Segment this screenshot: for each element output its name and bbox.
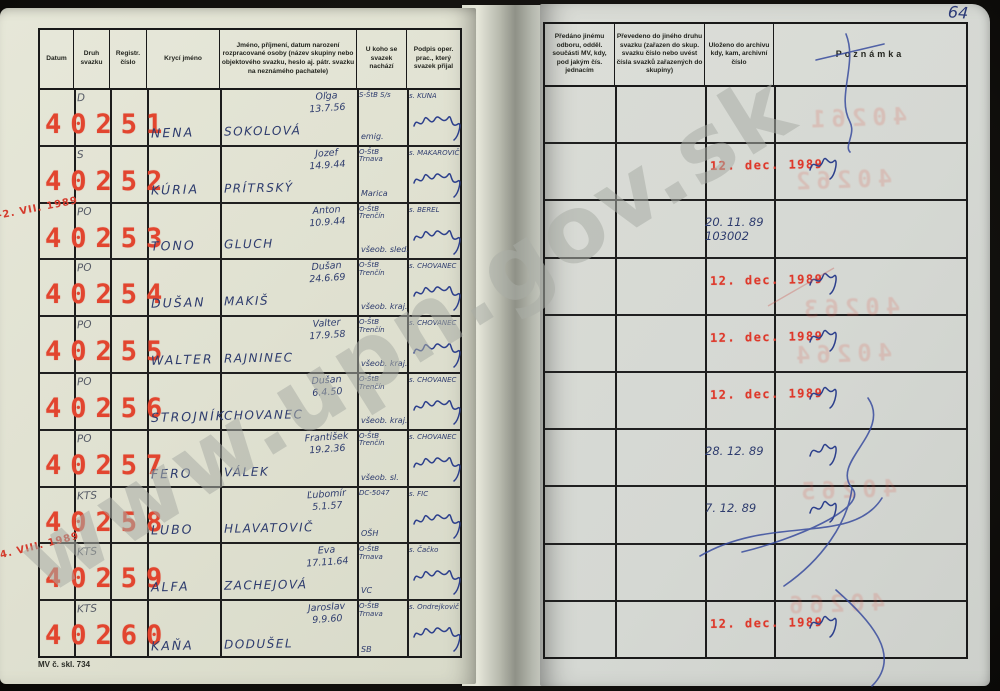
registry-book-photo: { "photo": { "page_number": "64", "water… <box>0 0 1000 691</box>
officer-name: s. CHOVANEC <box>409 262 456 270</box>
header-druh-svazku: Druh svazku <box>74 30 110 88</box>
officer-signature <box>412 560 462 598</box>
surname: ZACHEJOVÁ <box>224 577 308 592</box>
cover-name: KÚRIA <box>151 181 199 197</box>
holding-unit: O-ŠtB Trenčín <box>359 376 405 391</box>
holding-unit: O-ŠtB Trnava <box>359 603 405 618</box>
officer-name: s. CHOVANEC <box>409 433 456 441</box>
header-prevedeno: Převedeno do jiného druhu svazku (zařaze… <box>615 24 705 85</box>
form-code-label: MV č. skl. 734 <box>38 660 90 669</box>
cover-name: NENA <box>151 124 195 140</box>
cover-name: DUŠAN <box>151 294 206 310</box>
officer-name: s. CHOVANEC <box>409 376 456 384</box>
officer-name: s. MAKAROVIČ <box>409 149 459 157</box>
holding-unit: S-ŠtB S/s <box>359 92 405 100</box>
first-name-and-birthdate: František19.2.36 <box>291 429 362 458</box>
holding-unit: O-ŠtB Trnava <box>359 546 405 561</box>
clerk-initials <box>807 381 839 411</box>
table-row: S40252KÚRIAPRÍTRSKÝJozef14.9.44O-ŠtB Trn… <box>40 147 460 204</box>
surname: MAKIŠ <box>224 294 269 309</box>
officer-signature <box>412 106 462 144</box>
first-name-and-birthdate: Dušan24.6.69 <box>291 259 362 288</box>
holding-unit-detail: VC <box>361 586 372 595</box>
holding-unit: O-ŠtB Trenčín <box>359 262 405 277</box>
header-podpis: Podpis oper. prac., který svazek přijal <box>407 30 460 88</box>
clerk-initials <box>807 438 839 468</box>
ink-bleed-number: 40263 <box>798 292 901 324</box>
ink-bleed-number: 40261 <box>805 102 908 134</box>
first-name-and-birthdate: Jaroslav9.9.60 <box>291 600 362 629</box>
table-row: PO40257FEROVÁLEKFrantišek19.2.36O-ŠtB Tr… <box>40 431 460 488</box>
table-row: PO40256STROJNÍKCHOVANECDušan6.4.50O-ŠtB … <box>40 374 460 431</box>
officer-signature <box>412 504 462 542</box>
header-ulozeno: Uloženo do archivu kdy, kam, archivní čí… <box>705 24 774 85</box>
ink-bleed-number: 40262 <box>790 164 893 196</box>
header-kryci-jmeno: Krycí jméno <box>147 30 220 88</box>
table-row: PO40255WALTERRAJNINECValter17.9.58O-ŠtB … <box>40 317 460 374</box>
holding-unit: O-ŠtB Trenčín <box>359 319 405 334</box>
officer-signature <box>412 220 462 258</box>
header-datum: Datum <box>40 30 74 88</box>
header-registr-cislo: Registr. číslo <box>110 30 147 88</box>
table-row: PO40253TONOGLUCHAnton10.9.44O-ŠtB Trenčí… <box>40 204 460 261</box>
surname: PRÍTRSKÝ <box>224 180 294 195</box>
left-table-header: Datum Druh svazku Registr. číslo Krycí j… <box>40 30 460 90</box>
cover-name: ALFA <box>151 579 190 595</box>
cover-name: LUBO <box>151 522 194 538</box>
officer-name: s. BEREL <box>409 206 440 214</box>
file-type-note: PO <box>77 262 92 275</box>
file-type-note: PO <box>77 205 92 218</box>
officer-signature <box>412 447 462 485</box>
officer-name: s. Ondrejkovič <box>409 603 459 611</box>
ink-bleed-number: 40265 <box>795 474 898 506</box>
cover-name: FERO <box>151 465 193 481</box>
holding-unit-detail: SB <box>361 645 372 654</box>
table-row: 7. 12. 89 <box>545 487 966 544</box>
file-type-note: KTS <box>77 546 98 559</box>
cover-name: WALTER <box>151 351 214 368</box>
surname: HLAVATOVIČ <box>224 521 314 537</box>
officer-name: s. FIC <box>409 490 428 498</box>
table-row: 12. dec. 1989 <box>545 373 966 430</box>
officer-signature <box>412 333 462 371</box>
table-row: 12. dec. 1989 <box>545 316 966 373</box>
file-type-note: PO <box>77 376 92 389</box>
table-row: 12. dec. 1989 <box>545 144 966 201</box>
table-row: 20. 11. 89103002 <box>545 201 966 258</box>
holding-unit-detail: Marica <box>361 189 388 198</box>
table-row: KTS40258LUBOHLAVATOVIČĽubomír5.1.57DC-50… <box>40 488 460 545</box>
holding-unit: O-ŠtB Trenčín <box>359 433 405 448</box>
officer-name: s. Čačko <box>409 546 438 554</box>
officer-signature <box>412 617 462 655</box>
first-name-and-birthdate: Eva17.11.64 <box>291 543 362 572</box>
right-table-body: 12. dec. 198920. 11. 8910300212. dec. 19… <box>545 87 966 659</box>
archive-date-handwritten: 28. 12. 89 <box>705 444 764 458</box>
header-poznamka: Poznámka <box>774 24 966 85</box>
holding-unit-detail: všeob. kraj. <box>361 416 407 425</box>
officer-signature <box>412 276 462 314</box>
left-ledger-table: Datum Druh svazku Registr. číslo Krycí j… <box>38 28 462 658</box>
surname: DODUŠEL <box>224 636 293 651</box>
archive-date-handwritten: 20. 11. 89 <box>705 215 764 229</box>
officer-signature <box>412 390 462 428</box>
holding-unit-detail: všeob. kraj. <box>361 302 407 311</box>
table-row: 28. 12. 89 <box>545 430 966 487</box>
ink-bleed-number: 40266 <box>783 588 886 620</box>
table-row: PO40254DUŠANMAKIŠDušan24.6.69O-ŠtB Trenč… <box>40 260 460 317</box>
file-type-note: PO <box>77 432 92 445</box>
table-row <box>545 545 966 602</box>
officer-name: s. KUNA <box>409 92 437 100</box>
holding-unit: O-ŠtB Trenčín <box>359 206 405 221</box>
cover-name: KAŇA <box>151 637 194 653</box>
header-u-koho: U koho se svazek nachází <box>357 30 407 88</box>
cover-name: STROJNÍK <box>151 408 226 425</box>
holding-unit-detail: emig. <box>361 132 384 141</box>
table-row: D40251NENASOKOLOVÁOľga13.7.56S-ŠtB S/sem… <box>40 90 460 147</box>
officer-name: s. CHOVANEC <box>409 319 456 327</box>
cover-name: TONO <box>151 238 196 254</box>
file-type-note: S <box>77 149 84 161</box>
holding-unit-detail: všeob. kraj. <box>361 359 407 368</box>
file-type-note: KTS <box>77 603 98 616</box>
holding-unit: DC-5047 <box>359 490 405 498</box>
holding-unit-detail: všeob. sl. <box>361 473 399 482</box>
header-jmeno-prijmeni: Jméno, příjmení, datum narození rozpraco… <box>220 30 357 88</box>
page-number: 64 <box>947 2 969 22</box>
holding-unit-detail: všeob. sled. <box>361 245 409 254</box>
ink-bleed-number: 40264 <box>790 338 893 370</box>
surname: CHOVANEC <box>224 407 304 422</box>
holding-unit-detail: OŠH <box>361 529 378 538</box>
surname: RAJNINEC <box>224 350 294 365</box>
header-predano: Předáno jinému odboru, odděl. součásti M… <box>545 24 615 85</box>
first-name-and-birthdate: Valter17.9.58 <box>291 316 362 345</box>
first-name-and-birthdate: Anton10.9.44 <box>291 202 362 231</box>
archive-number-handwritten: 103002 <box>705 229 749 243</box>
first-name-and-birthdate: Oľga13.7.56 <box>291 89 362 118</box>
first-name-and-birthdate: Dušan6.4.50 <box>291 373 362 402</box>
first-name-and-birthdate: Jozef14.9.44 <box>291 145 362 174</box>
officer-signature <box>412 163 462 201</box>
first-name-and-birthdate: Ľubomír5.1.57 <box>291 486 362 515</box>
surname: GLUCH <box>224 237 274 252</box>
surname: SOKOLOVÁ <box>224 123 302 138</box>
table-row: 12. dec. 1989 <box>545 259 966 316</box>
file-type-note: PO <box>77 319 92 332</box>
surname: VÁLEK <box>224 464 269 479</box>
file-type-note: D <box>77 92 86 104</box>
holding-unit: O-ŠtB Trnava <box>359 149 405 164</box>
file-type-note: KTS <box>77 489 98 502</box>
table-row: KTS40259ALFAZACHEJOVÁEva17.11.64O-ŠtB Tr… <box>40 544 460 601</box>
table-row: 12. dec. 1989 <box>545 602 966 659</box>
clerk-initials <box>807 267 839 297</box>
right-table-header: Předáno jinému odboru, odděl. součásti M… <box>545 24 966 87</box>
archive-date-handwritten: 7. 12. 89 <box>705 501 756 515</box>
left-table-body: D40251NENASOKOLOVÁOľga13.7.56S-ŠtB S/sem… <box>40 90 460 658</box>
table-row: KTS40260KAŇADODUŠELJaroslav9.9.60O-ŠtB T… <box>40 601 460 658</box>
